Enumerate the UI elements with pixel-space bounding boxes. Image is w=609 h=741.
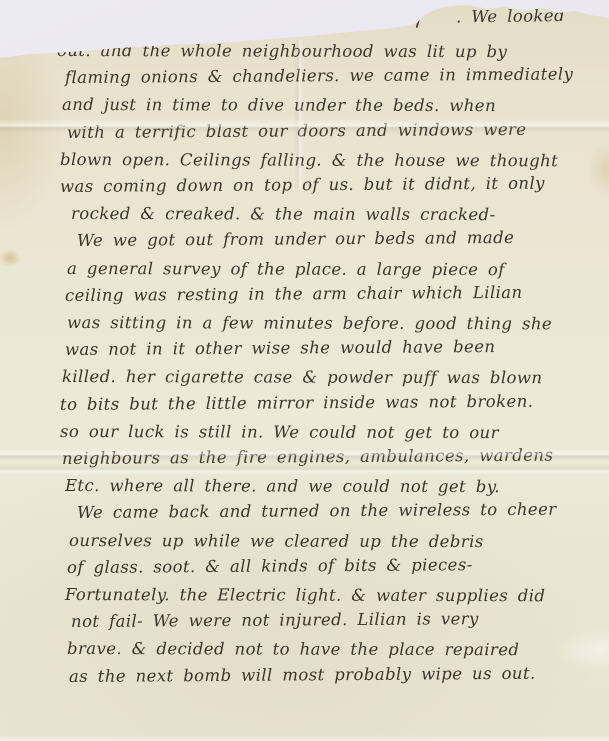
letter-line: was coming down on top of us. but it did…	[60, 174, 545, 196]
letter-line: killed. her cigarette case & powder puff…	[62, 367, 542, 387]
letter-line: flaming onions & chandeliers. we came in…	[65, 65, 573, 88]
letter-line: not fail- We were not injured. Lilian is…	[71, 609, 479, 631]
letter-line: and just in time to dive under the beds.…	[62, 95, 496, 115]
letter-body: . We lookedout. and the whole neighbourh…	[0, 0, 609, 741]
letter-line: Etc. where all there. and we could not g…	[65, 476, 500, 496]
letter-line: brave. & decided not to have the place r…	[67, 639, 519, 659]
letter-line: rocked & creaked. & the main walls crack…	[71, 204, 496, 224]
letter-line: neighbours as the fire engines, ambulanc…	[62, 446, 553, 468]
letter-line: We came back and turned on the wireless …	[77, 500, 557, 522]
letter-paper: . We lookedout. and the whole neighbourh…	[0, 0, 609, 741]
letter-line: a general survey of the place. a large p…	[67, 259, 505, 279]
letter-line: as the next bomb will most probably wipe…	[69, 663, 536, 685]
letter-line: blown open. Ceilings falling. & the hous…	[60, 150, 558, 170]
letter-line: to bits but the little mirror inside was…	[60, 391, 533, 413]
letter-line: Fortunately. the Electric light. & water…	[65, 585, 545, 605]
letter-line: with a terrific blast our doors and wind…	[67, 119, 527, 141]
letter-line: of glass. soot. & all kinds of bits & pi…	[67, 555, 473, 577]
letter-line: so our luck is still in. We could not ge…	[60, 422, 499, 442]
letter-line: ceiling was resting in the arm chair whi…	[65, 283, 523, 305]
letter-line: was sitting in a few minutes before. goo…	[67, 313, 552, 333]
letter-line: ourselves up while we cleared up the deb…	[69, 531, 484, 551]
letter-line: We we got out from under our beds and ma…	[77, 228, 514, 250]
scanned-letter-page: . We lookedout. and the whole neighbourh…	[0, 0, 609, 741]
letter-line: was not in it other wise she would have …	[65, 337, 495, 359]
